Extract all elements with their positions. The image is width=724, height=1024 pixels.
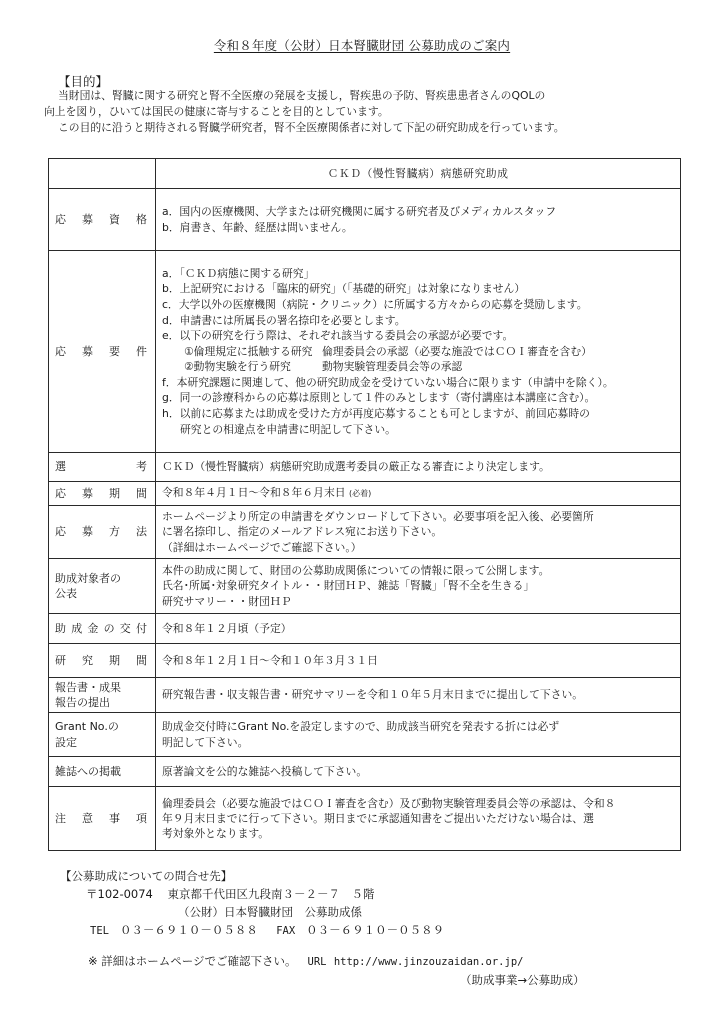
label-line: 設定 <box>55 735 149 750</box>
application-period-dates: 令和８年４月１日～令和８年６月末日 <box>162 486 346 499</box>
table-header-row: ＣＫＤ（慢性腎臓病）病態研究助成 <box>49 159 681 189</box>
table-row-selection: 選 考 ＣＫＤ（慢性腎臓病）病態研究助成選考委員の厳正なる審査により決定します。 <box>49 453 681 482</box>
table-row-application-method: 応 募 方 法 ホームページより所定の申請書をダウンロードして下さい。必要事項を… <box>49 506 681 559</box>
label-char: 応 <box>55 344 66 359</box>
details-line: ※ 詳細はホームページでご確認下さい。 URL http://www.jinzo… <box>60 952 585 971</box>
document-title: 令和８年度（公財）日本腎臓財団 公募助成のご案内 <box>0 36 724 54</box>
label-char: 募 <box>82 212 93 227</box>
label-char: 期 <box>109 486 120 501</box>
label-char: 間 <box>136 653 147 668</box>
label-char: 応 <box>55 486 66 501</box>
content-line: 本件の助成に関して、財団の公募助成関係についての情報に限って公開します。 <box>162 563 674 578</box>
label-char: 究 <box>82 653 93 668</box>
label-line: 助成対象者の <box>55 571 149 586</box>
label-char: の <box>104 621 115 636</box>
table-row-notes: 注 意 事 項 倫理委員会（必要な施設ではＣＯＩ審査を含む）及び動物実験管理委員… <box>49 787 681 851</box>
grant-info-table: ＣＫＤ（慢性腎臓病）病態研究助成 応 募 資 格 a．国内の医療機関、大学または… <box>48 158 681 851</box>
row-content: a．「ＣＫＤ病態に関する研究」 b．上記研究における「臨床的研究」（「基礎的研究… <box>156 251 681 453</box>
row-content: a．国内の医療機関、大学または研究機関に属する研究者及びメディカルスタッフ b．… <box>156 189 681 251</box>
label-char: 間 <box>136 486 147 501</box>
contact-organization: （公財）日本腎臓財団 公募助成係 <box>60 903 585 921</box>
label-char: 格 <box>136 212 147 227</box>
requirement-item: e．以下の研究を行う際は、それぞれ該当する委員会の承認が必要です。 <box>162 328 674 344</box>
row-content: 原著論文を公的な雑誌へ投稿して下さい。 <box>156 757 681 787</box>
label-char: 金 <box>87 621 98 636</box>
contact-heading: 【公募助成についての問合せ先】 <box>60 867 585 885</box>
grant-program-name: ＣＫＤ（慢性腎臓病）病態研究助成 <box>156 159 681 189</box>
table-row-grant-number: Grant No.の 設定 助成金交付時にGrant No.を設定しますので、助… <box>49 713 681 757</box>
row-content: 令和８年１２月１日～令和１０年３月３１日 <box>156 644 681 678</box>
tel-number: ０３－６９１０－０５８８ <box>120 923 258 937</box>
row-label: Grant No.の 設定 <box>49 713 156 757</box>
label-char: 要 <box>109 344 120 359</box>
label-line: Grant No.の <box>55 719 149 734</box>
row-label: 応 募 方 法 <box>49 506 156 559</box>
label-char: 研 <box>55 653 66 668</box>
requirement-item: b．上記研究における「臨床的研究」（「基礎的研究」は対象になりません） <box>162 281 674 297</box>
label-char: 事 <box>109 811 120 826</box>
table-row-report: 報告書・成果 報告の提出 研究報告書・収支報告書・研究サマリーを令和１０年５月末… <box>49 678 681 713</box>
content-line: 令和８年１２月頃（予定） <box>162 621 674 636</box>
document-title-text: 令和８年度（公財）日本腎臓財団 公募助成のご案内 <box>214 38 510 53</box>
details-note: ※ 詳細はホームページでご確認下さい。 <box>88 954 297 968</box>
content-line: 助成金交付時にGrant No.を設定しますので、助成該当研究を発表する折には必… <box>162 719 674 734</box>
row-content: 本件の助成に関して、財団の公募助成関係についての情報に限って公開します。 氏名･… <box>156 559 681 614</box>
label-char: 方 <box>109 524 120 539</box>
label-char: 考 <box>136 459 147 474</box>
row-content: 令和８年４月１日～令和８年６月末日 (必着) <box>156 482 681 506</box>
tel-label: TEL <box>90 925 109 937</box>
requirement-item-continuation: 研究との相違点を申請書に明記して下さい。 <box>162 422 674 438</box>
content-line: 令和８年１２月１日～令和１０年３月３１日 <box>162 653 674 668</box>
label-line: 公表 <box>55 586 149 601</box>
label-char: 選 <box>55 459 66 474</box>
label-char: 注 <box>55 811 66 826</box>
table-row-publication: 助成対象者の 公表 本件の助成に関して、財団の公募助成関係についての情報に限って… <box>49 559 681 614</box>
requirement-subitem: ①倫理規定に抵触する研究倫理委員会の承認（必要な施設ではＣＯＩ審査を含む） <box>162 344 674 360</box>
row-label: 応 募 資 格 <box>49 189 156 251</box>
table-row-journal: 雑誌への掲載 原著論文を公的な雑誌へ投稿して下さい。 <box>49 757 681 787</box>
requirement-item: g．同一の診療科からの応募は原則として１件のみとします（寄付講座は本講座に含む）… <box>162 390 674 406</box>
row-label: 応 募 期 間 <box>49 482 156 506</box>
contact-phone-line: TEL ０３－６９１０－０５８８ FAX ０３－６９１０－０５８９ <box>60 921 585 940</box>
requirement-item: a．「ＣＫＤ病態に関する研究」 <box>162 266 674 282</box>
table-row-application-period: 応 募 期 間 令和８年４月１日～令和８年６月末日 (必着) <box>49 482 681 506</box>
row-label: 助 成 金 の 交 付 <box>49 614 156 644</box>
content-line: に署名捺印し、指定のメールアドレス宛にお送り下さい。 <box>162 524 674 539</box>
row-label: 応 募 要 件 <box>49 251 156 453</box>
subitem-approval: 動物実験管理委員会等の承認 <box>322 360 462 373</box>
row-content: ホームページより所定の申請書をダウンロードして下さい。必要事項を記入後、必要箇所… <box>156 506 681 559</box>
purpose-line: 向上を図り，ひいては国民の健康に寄与することを目的としています。 <box>44 104 684 120</box>
subitem-research-type: ①倫理規定に抵触する研究 <box>184 344 322 360</box>
row-content: 研究報告書・収支報告書・研究サマリーを令和１０年５月末日までに提出して下さい。 <box>156 678 681 713</box>
table-row-eligibility: 応 募 資 格 a．国内の医療機関、大学または研究機関に属する研究者及びメディカ… <box>49 189 681 251</box>
website-navigation-path: （助成事業→公募助成） <box>60 971 585 989</box>
postal-code: 〒102-0074 <box>86 887 153 901</box>
label-char: 法 <box>136 524 147 539</box>
row-label: 研 究 期 間 <box>49 644 156 678</box>
must-arrive-note: (必着) <box>349 489 371 498</box>
content-line: 氏名･所属･対象研究タイトル・・財団ＨＰ、雑誌「腎臓」「腎不全を生きる」 <box>162 578 674 593</box>
label-char: 期 <box>109 653 120 668</box>
content-line: 原著論文を公的な雑誌へ投稿して下さい。 <box>162 764 674 779</box>
purpose-paragraph: 当財団は、腎臓に関する研究と腎不全医療の発展を支援し，腎疾患の予防、腎疾患患者さ… <box>44 88 684 136</box>
label-char: 応 <box>55 212 66 227</box>
label-char: 成 <box>71 621 82 636</box>
label-line: 報告の提出 <box>55 695 149 710</box>
label-char: 意 <box>82 811 93 826</box>
requirement-item: d．申請書には所属長の署名捺印を必要とします。 <box>162 313 674 329</box>
label-line: 報告書・成果 <box>55 680 149 695</box>
fax-number: ０３－６９１０－０５８９ <box>306 923 444 937</box>
label-char: 件 <box>136 344 147 359</box>
row-label: 選 考 <box>49 453 156 482</box>
content-line: 研究報告書・収支報告書・研究サマリーを令和１０年５月末日までに提出して下さい。 <box>162 687 674 702</box>
label-char: 応 <box>55 524 66 539</box>
url-label: URL <box>308 956 327 968</box>
purpose-line: 当財団は、腎臓に関する研究と腎不全医療の発展を支援し，腎疾患の予防、腎疾患患者さ… <box>44 88 684 104</box>
row-label: 雑誌への掲載 <box>49 757 156 787</box>
row-content: 倫理委員会（必要な施設ではＣＯＩ審査を含む）及び動物実験管理委員会等の承認は、令… <box>156 787 681 851</box>
subitem-approval: 倫理委員会の承認（必要な施設ではＣＯＩ審査を含む） <box>322 345 592 358</box>
content-line: （詳細はホームページでご確認下さい。） <box>162 540 674 555</box>
content-line: ＣＫＤ（慢性腎臓病）病態研究助成選考委員の厳正なる審査により決定します。 <box>162 459 674 474</box>
table-row-requirements: 応 募 要 件 a．「ＣＫＤ病態に関する研究」 b．上記研究における「臨床的研究… <box>49 251 681 453</box>
row-content: 令和８年１２月頃（予定） <box>156 614 681 644</box>
contact-address-line: 〒102-0074 東京都千代田区九段南３－２－７ ５階 <box>60 885 585 903</box>
content-line: b．肩書き、年齢、経歴は問いません。 <box>162 220 674 235</box>
row-label: 注 意 事 項 <box>49 787 156 851</box>
row-label: 助成対象者の 公表 <box>49 559 156 614</box>
purpose-line: この目的に沿うと期待される腎臓学研究者，腎不全医療関係者に対して下記の研究助成を… <box>44 120 684 136</box>
label-char: 項 <box>136 811 147 826</box>
table-row-disbursement: 助 成 金 の 交 付 令和８年１２月頃（予定） <box>49 614 681 644</box>
content-line: 考対象外となります。 <box>162 826 674 841</box>
content-line: a．国内の医療機関、大学または研究機関に属する研究者及びメディカルスタッフ <box>162 204 674 219</box>
table-row-research-period: 研 究 期 間 令和８年１２月１日～令和１０年３月３１日 <box>49 644 681 678</box>
content-line: 明記して下さい。 <box>162 735 674 750</box>
row-content: 助成金交付時にGrant No.を設定しますので、助成該当研究を発表する折には必… <box>156 713 681 757</box>
subitem-research-type: ②動物実験を行う研究 <box>184 359 322 375</box>
content-line: 年９月末日までに行って下さい。期日までに承認通知書をご提出いただけない場合は、選 <box>162 811 674 826</box>
label-char: 募 <box>82 344 93 359</box>
label-char: 付 <box>136 621 147 636</box>
row-label: 報告書・成果 報告の提出 <box>49 678 156 713</box>
requirement-item: h．以前に応募または助成を受けた方が再度応募することも可としますが、前回応募時の <box>162 406 674 422</box>
content-line: 研究サマリー・・財団ＨＰ <box>162 594 674 609</box>
content-line: ホームページより所定の申請書をダウンロードして下さい。必要事項を記入後、必要箇所 <box>162 509 674 524</box>
header-empty-cell <box>49 159 156 189</box>
label-char: 交 <box>120 621 131 636</box>
fax-label: FAX <box>276 925 295 937</box>
requirement-subitem: ②動物実験を行う研究動物実験管理委員会等の承認 <box>162 359 674 375</box>
address: 東京都千代田区九段南３－２－７ ５階 <box>168 887 375 901</box>
label-char: 募 <box>82 524 93 539</box>
label-char: 資 <box>109 212 120 227</box>
website-link[interactable]: http://www.jinzouzaidan.or.jp/ <box>334 956 524 968</box>
label-char: 助 <box>55 621 66 636</box>
requirement-item: f．本研究課題に関連して、他の研究助成金を受けていない場合に限ります（申請中を除… <box>162 375 674 391</box>
label-char: 募 <box>82 486 93 501</box>
requirement-item: c．大学以外の医療機関（病院・クリニック）に所属する方々からの応募を奨励します。 <box>162 297 674 313</box>
contact-section: 【公募助成についての問合せ先】 〒102-0074 東京都千代田区九段南３－２－… <box>60 867 585 989</box>
row-content: ＣＫＤ（慢性腎臓病）病態研究助成選考委員の厳正なる審査により決定します。 <box>156 453 681 482</box>
content-line: 倫理委員会（必要な施設ではＣＯＩ審査を含む）及び動物実験管理委員会等の承認は、令… <box>162 796 674 811</box>
